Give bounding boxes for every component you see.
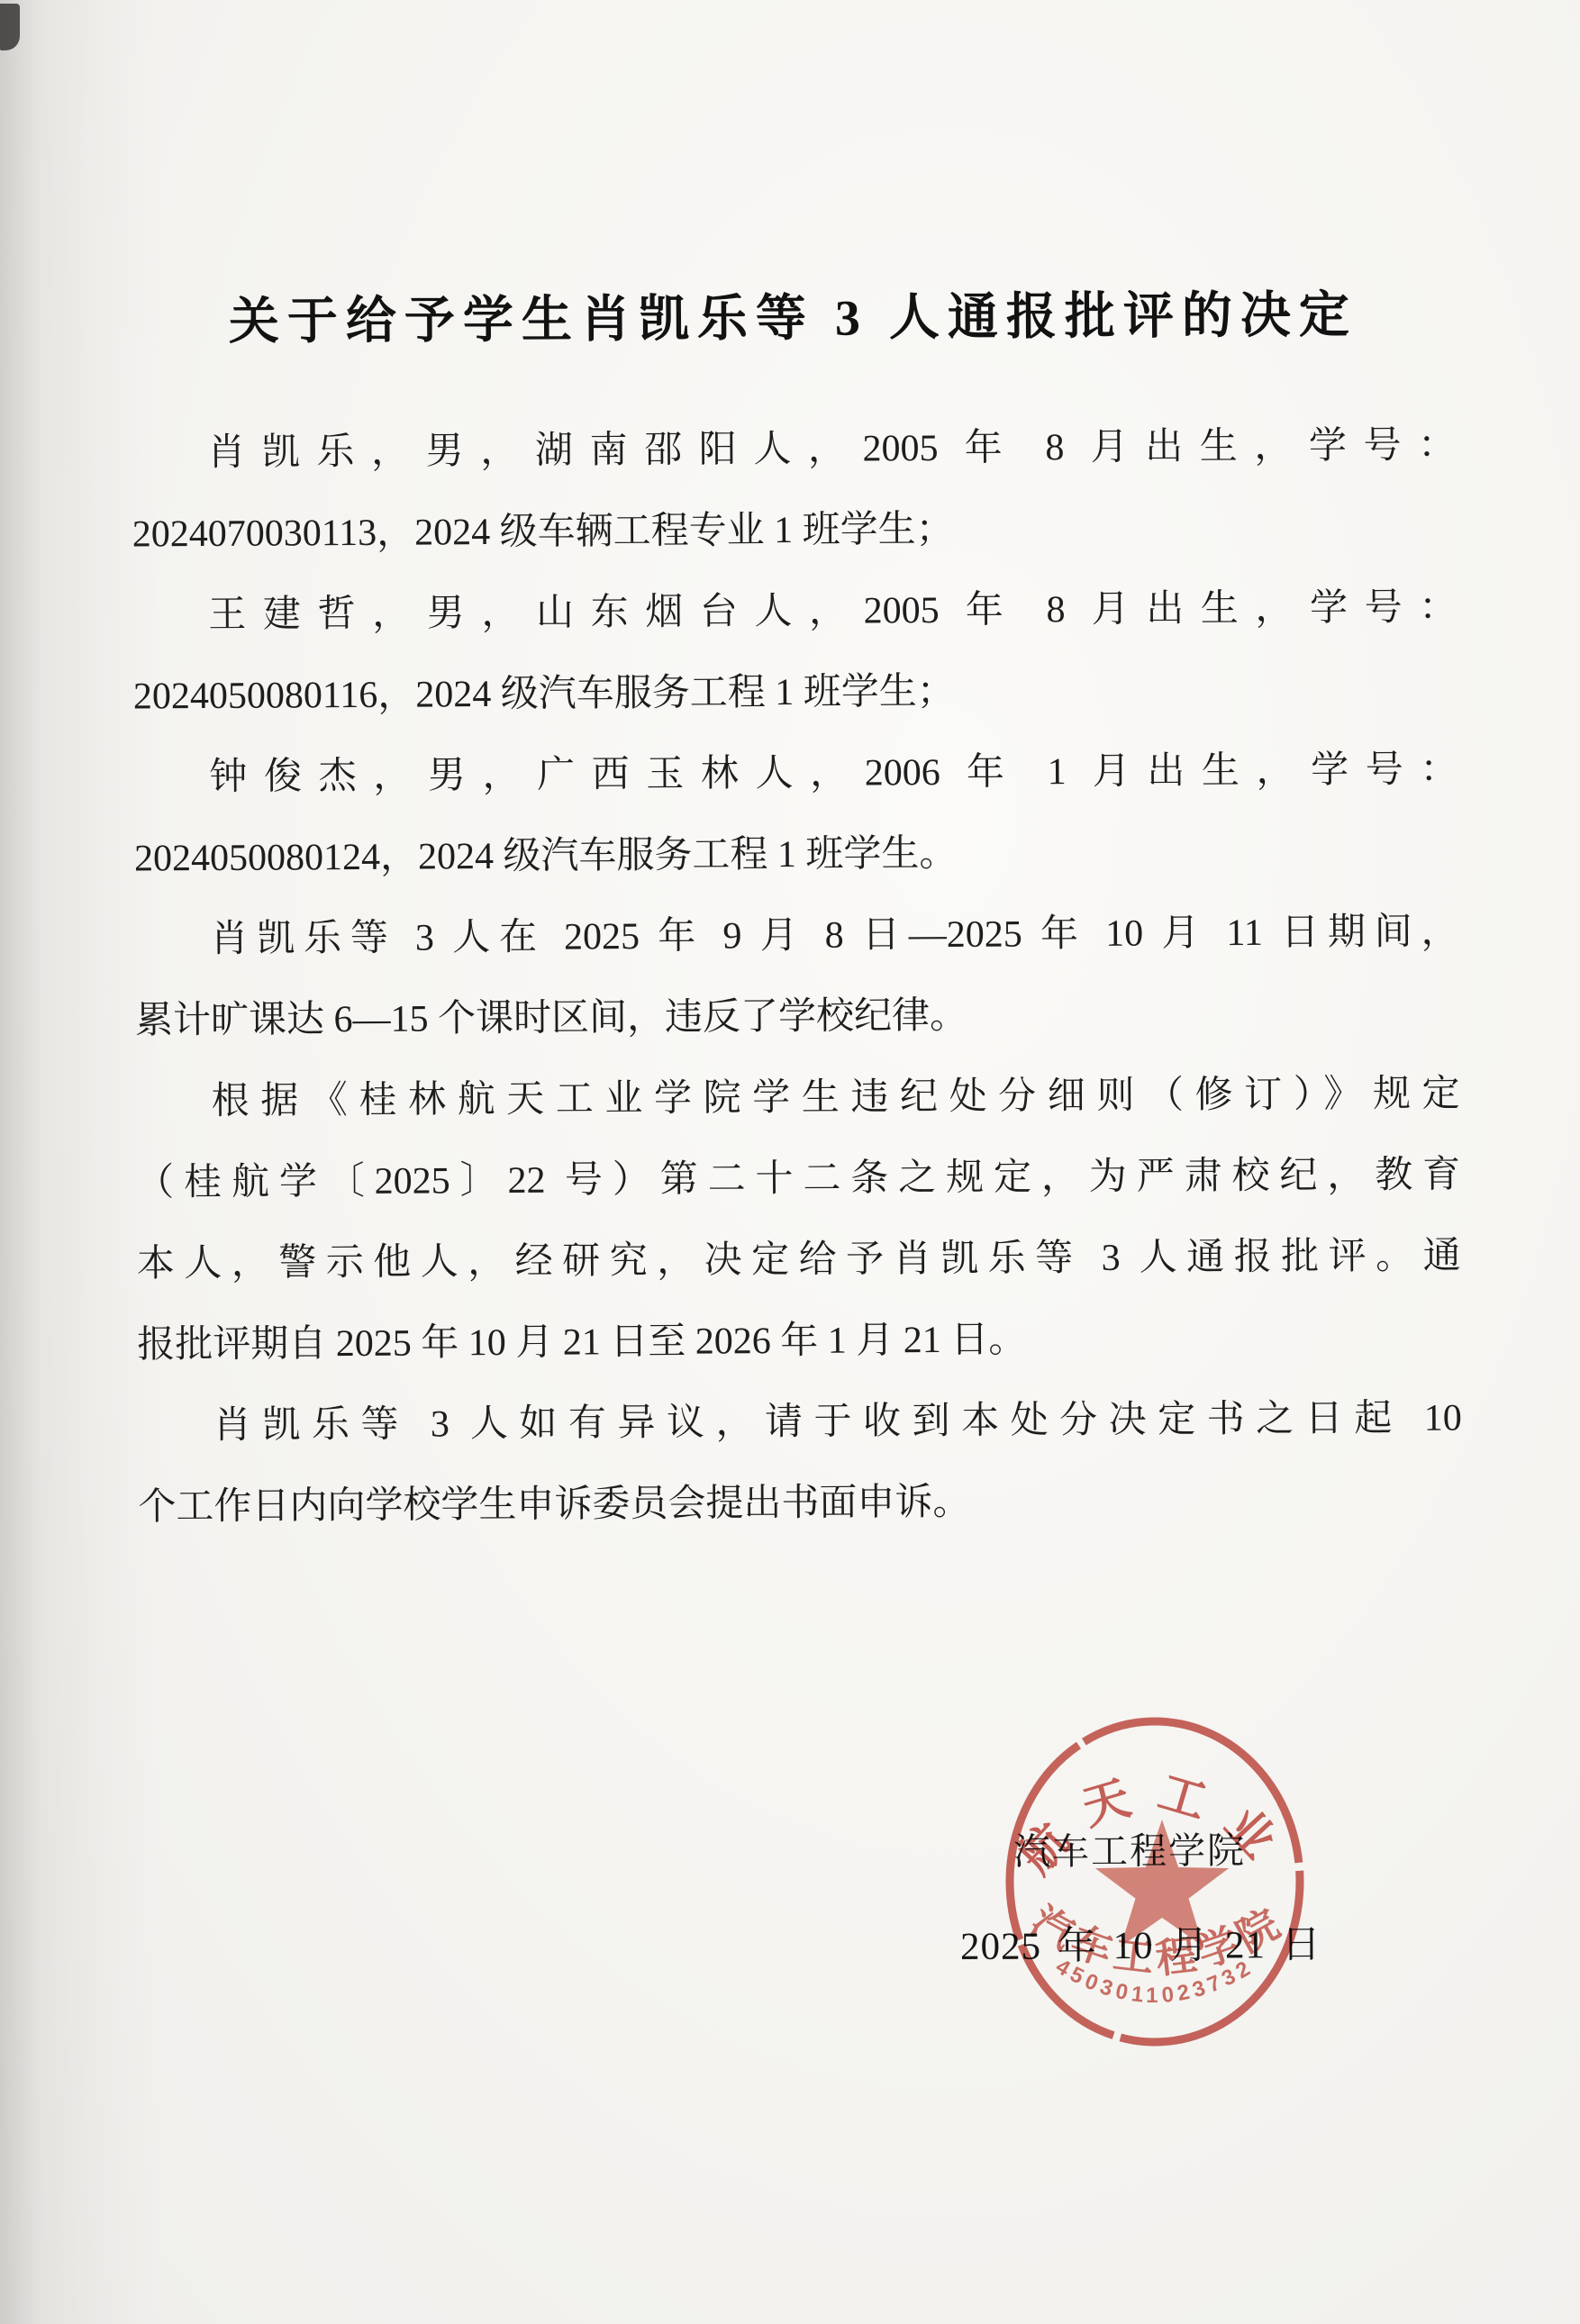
body-line: 2024070030113，2024 级车辆工程专业 1 班学生； (132, 486, 1457, 576)
scan-corner-smudge (0, 4, 20, 50)
body-line: 2024050080116，2024 级汽车服务工程 1 班学生； (133, 649, 1458, 738)
body-line: 报批评期自 2025 年 10 月 21 日至 2026 年 1 月 21 日。 (137, 1296, 1462, 1385)
body-line: 王建哲，男，山东烟台人，2005 年 8 月出生，学号： (132, 567, 1457, 657)
body-line: 根据《桂林航天工业学院学生违纪处分细则（修订）》规定 (135, 1053, 1460, 1142)
scanned-document-page: 关于给予学生肖凯乐等 3 人通报批评的决定 肖凯乐，男，湖南邵阳人，2005 年… (0, 0, 1580, 2324)
body-line: 累计旷课达 6—15 个课时区间，违反了学校纪律。 (135, 972, 1460, 1061)
body-line: 本人，警示他人，经研究，决定给予肖凯乐等 3 人通报批评。通 (136, 1215, 1461, 1304)
body-line: 肖凯乐等 3 人在 2025 年 9 月 8 日—2025 年 10 月 11 … (134, 891, 1459, 980)
body-line: 肖凯乐，男，湖南邵阳人，2005 年 8 月出生，学号： (132, 405, 1457, 495)
body-line: 2024050080124，2024 级汽车服务工程 1 班学生。 (134, 810, 1459, 899)
document-body: 关于给予学生肖凯乐等 3 人通报批评的决定 肖凯乐，男，湖南邵阳人，2005 年… (131, 265, 1463, 1548)
body-line: 个工作日内向学校学生申诉委员会提出书面申诉。 (138, 1458, 1463, 1548)
official-seal: 航天工业 汽车工程学院 4503011023732 (1000, 1713, 1310, 2050)
body-line: （桂航学〔2025〕22 号）第二十二条之规定，为严肃校纪，教育 (136, 1134, 1461, 1223)
page-title: 关于给予学生肖凯乐等 3 人通报批评的决定 (131, 265, 1456, 374)
body-line: 肖凯乐等 3 人如有异议，请于收到本处分决定书之日起 10 (138, 1377, 1463, 1466)
body-line: 钟俊杰，男，广西玉林人，2006 年 1 月出生，学号： (133, 730, 1458, 819)
seal-star-icon (1095, 1820, 1229, 1947)
